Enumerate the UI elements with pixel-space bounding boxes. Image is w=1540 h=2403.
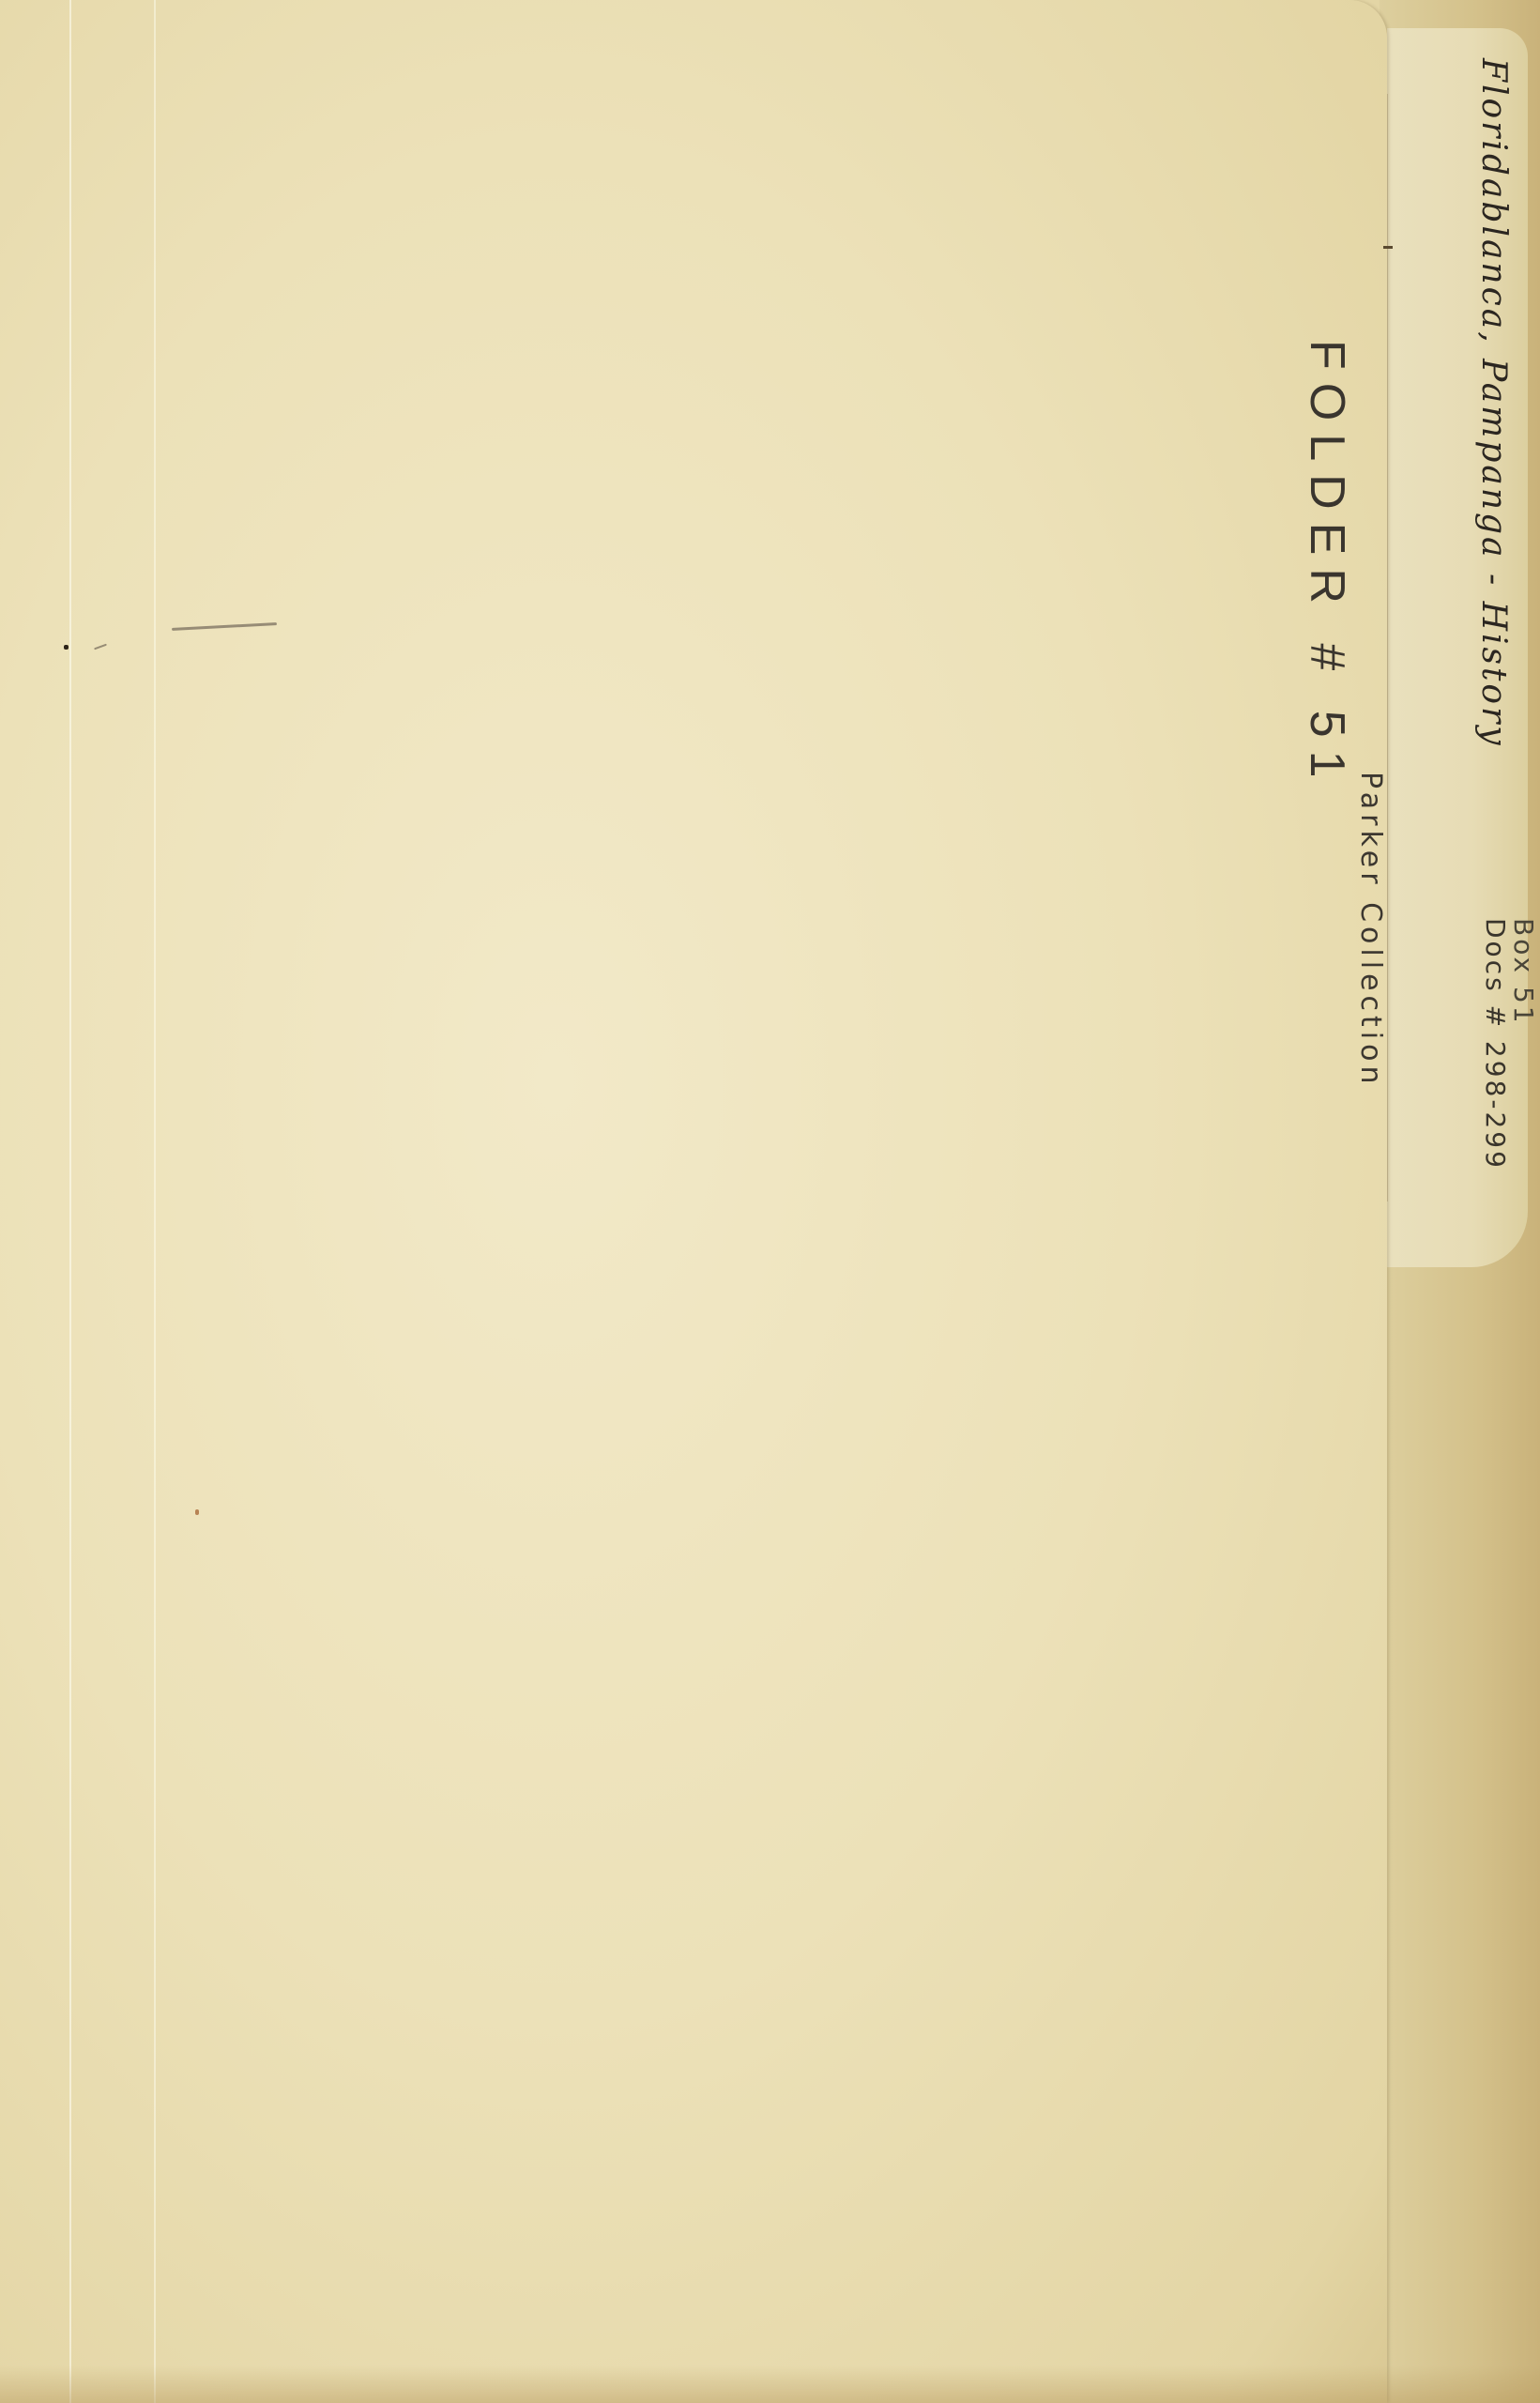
folder-scan: Floridablanca, Pampanga - History FOLDER… (0, 0, 1540, 2403)
folder-front-panel (0, 0, 1387, 2403)
tab-marker (1383, 246, 1393, 249)
tab-title-label: Floridablanca, Pampanga - History (1474, 58, 1513, 748)
edge-stain (0, 2365, 1540, 2403)
fold-line (154, 0, 156, 2403)
collection-label: Parker Collection (1354, 772, 1387, 1088)
folder-number-label: FOLDER # 51 (1299, 340, 1355, 791)
document-range-label: Docs # 298-299 (1480, 918, 1511, 1171)
box-number-label: Box 51 (1508, 918, 1539, 1026)
ink-spot (64, 645, 69, 650)
fold-line (69, 0, 71, 2403)
stain-spot (195, 1509, 199, 1515)
